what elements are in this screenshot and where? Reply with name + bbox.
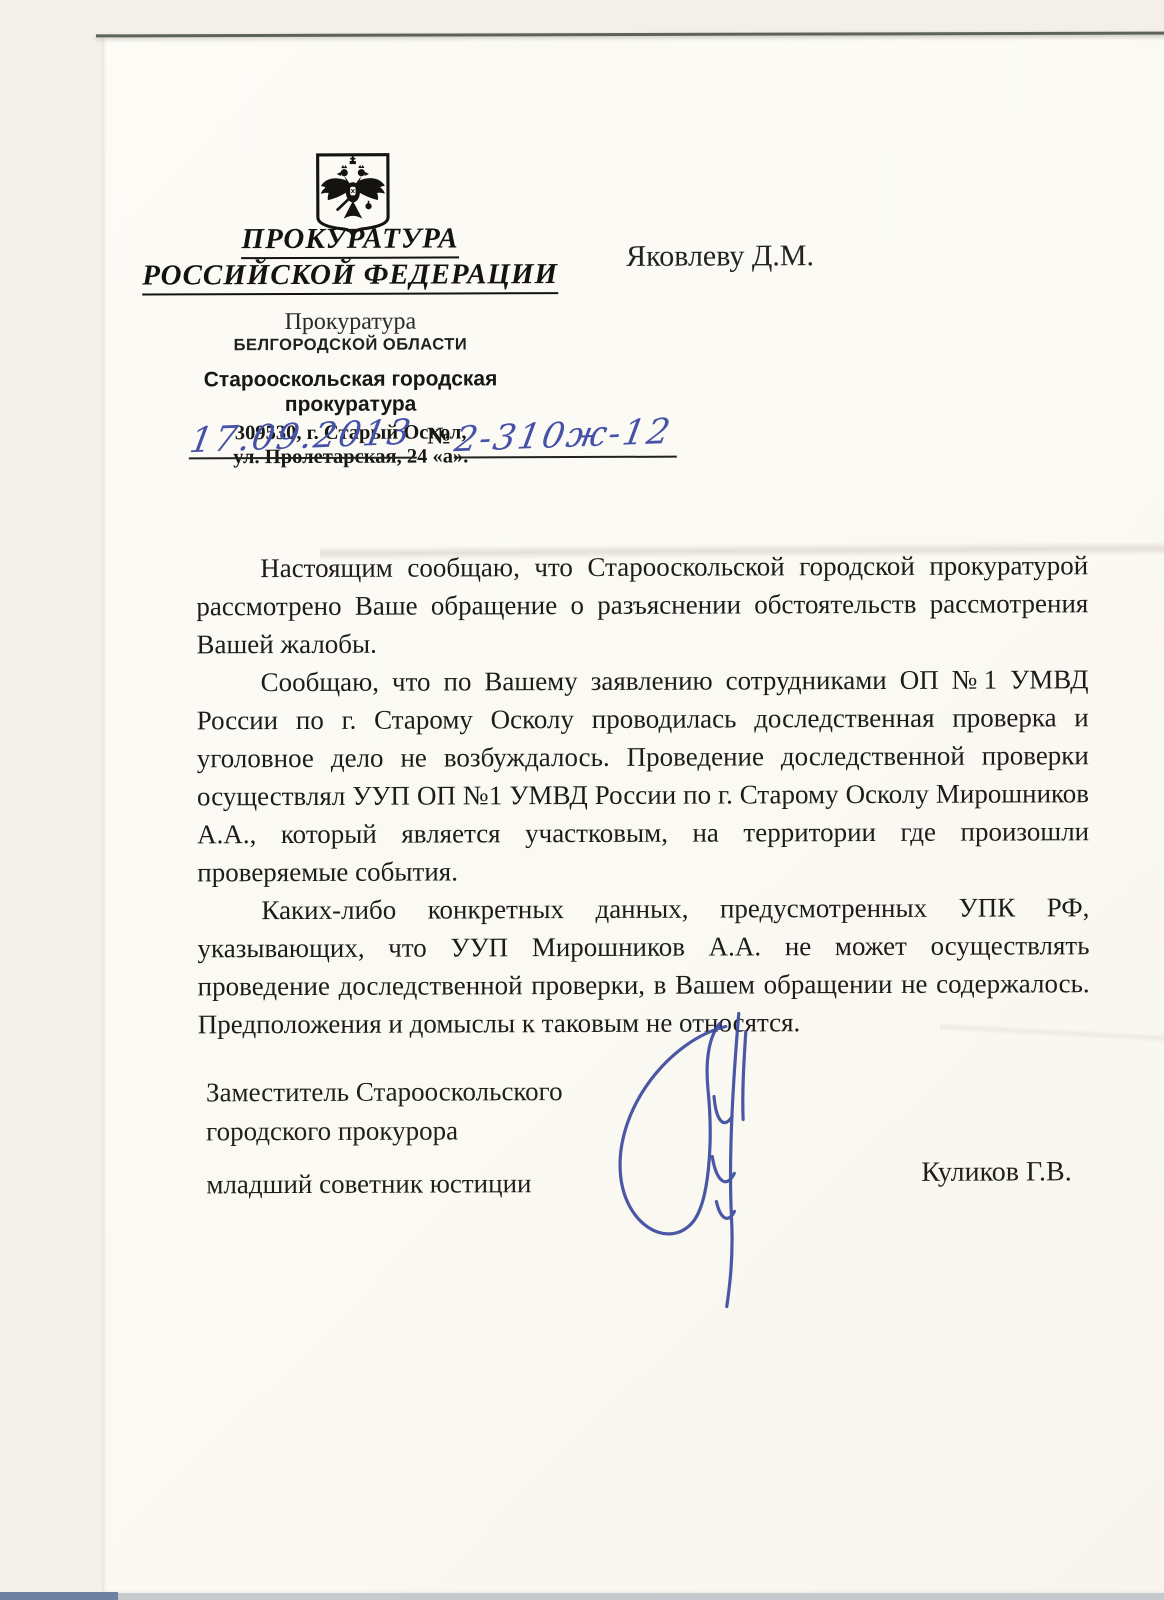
org-name-main: ПРОКУРАТУРА РОССИЙСКОЙ ФЕДЕРАЦИИ: [130, 222, 570, 296]
org-city-line1: Старооскольская городская: [204, 367, 498, 391]
handwritten-signature: [576, 1001, 787, 1312]
scan-bottom-edge: [0, 1593, 1164, 1600]
date-field: 17.09.2013: [189, 417, 418, 460]
org-name-line1: ПРОКУРАТУРА: [241, 222, 458, 259]
org-city-prosecutor-office: Старооскольская городская прокуратура: [130, 366, 570, 418]
date-number-line: 17.09.2013№2-310ж-12: [189, 415, 749, 459]
signer-rank: младший советник юстиции: [206, 1168, 531, 1200]
org-name-line2: РОССИЙСКОЙ ФЕДЕРАЦИИ: [142, 258, 558, 295]
body-paragraph-2: Сообщаю, что по Вашему заявлению сотрудн…: [197, 660, 1090, 891]
handwritten-date: 17.09.2013: [187, 413, 416, 461]
org-region-title: Прокуратура: [130, 308, 570, 336]
number-sign: №: [427, 423, 451, 449]
scanned-letter: ПРОКУРАТУРА РОССИЙСКОЙ ФЕДЕРАЦИИ Прокура…: [0, 0, 1164, 1600]
scan-bottom-corner: [0, 1592, 118, 1600]
signer-name: Куликов Г.В.: [921, 1156, 1072, 1189]
org-region-name: БЕЛГОРОДСКОЙ ОБЛАСТИ: [130, 334, 570, 356]
letter-body: Настоящим сообщаю, что Старооскольской г…: [196, 546, 1090, 1043]
body-paragraph-1: Настоящим сообщаю, что Старооскольской г…: [196, 546, 1088, 663]
signer-position-line1: Заместитель Старооскольского: [206, 1076, 563, 1107]
addressee-name: Яковлеву Д.М.: [626, 239, 814, 274]
number-field: 2-310ж-12: [453, 416, 676, 459]
signer-position-line2: городского прокурора: [206, 1115, 458, 1146]
letter-content: ПРОКУРАТУРА РОССИЙСКОЙ ФЕДЕРАЦИИ Прокура…: [0, 0, 1164, 1600]
handwritten-number: 2-310ж-12: [451, 412, 674, 460]
